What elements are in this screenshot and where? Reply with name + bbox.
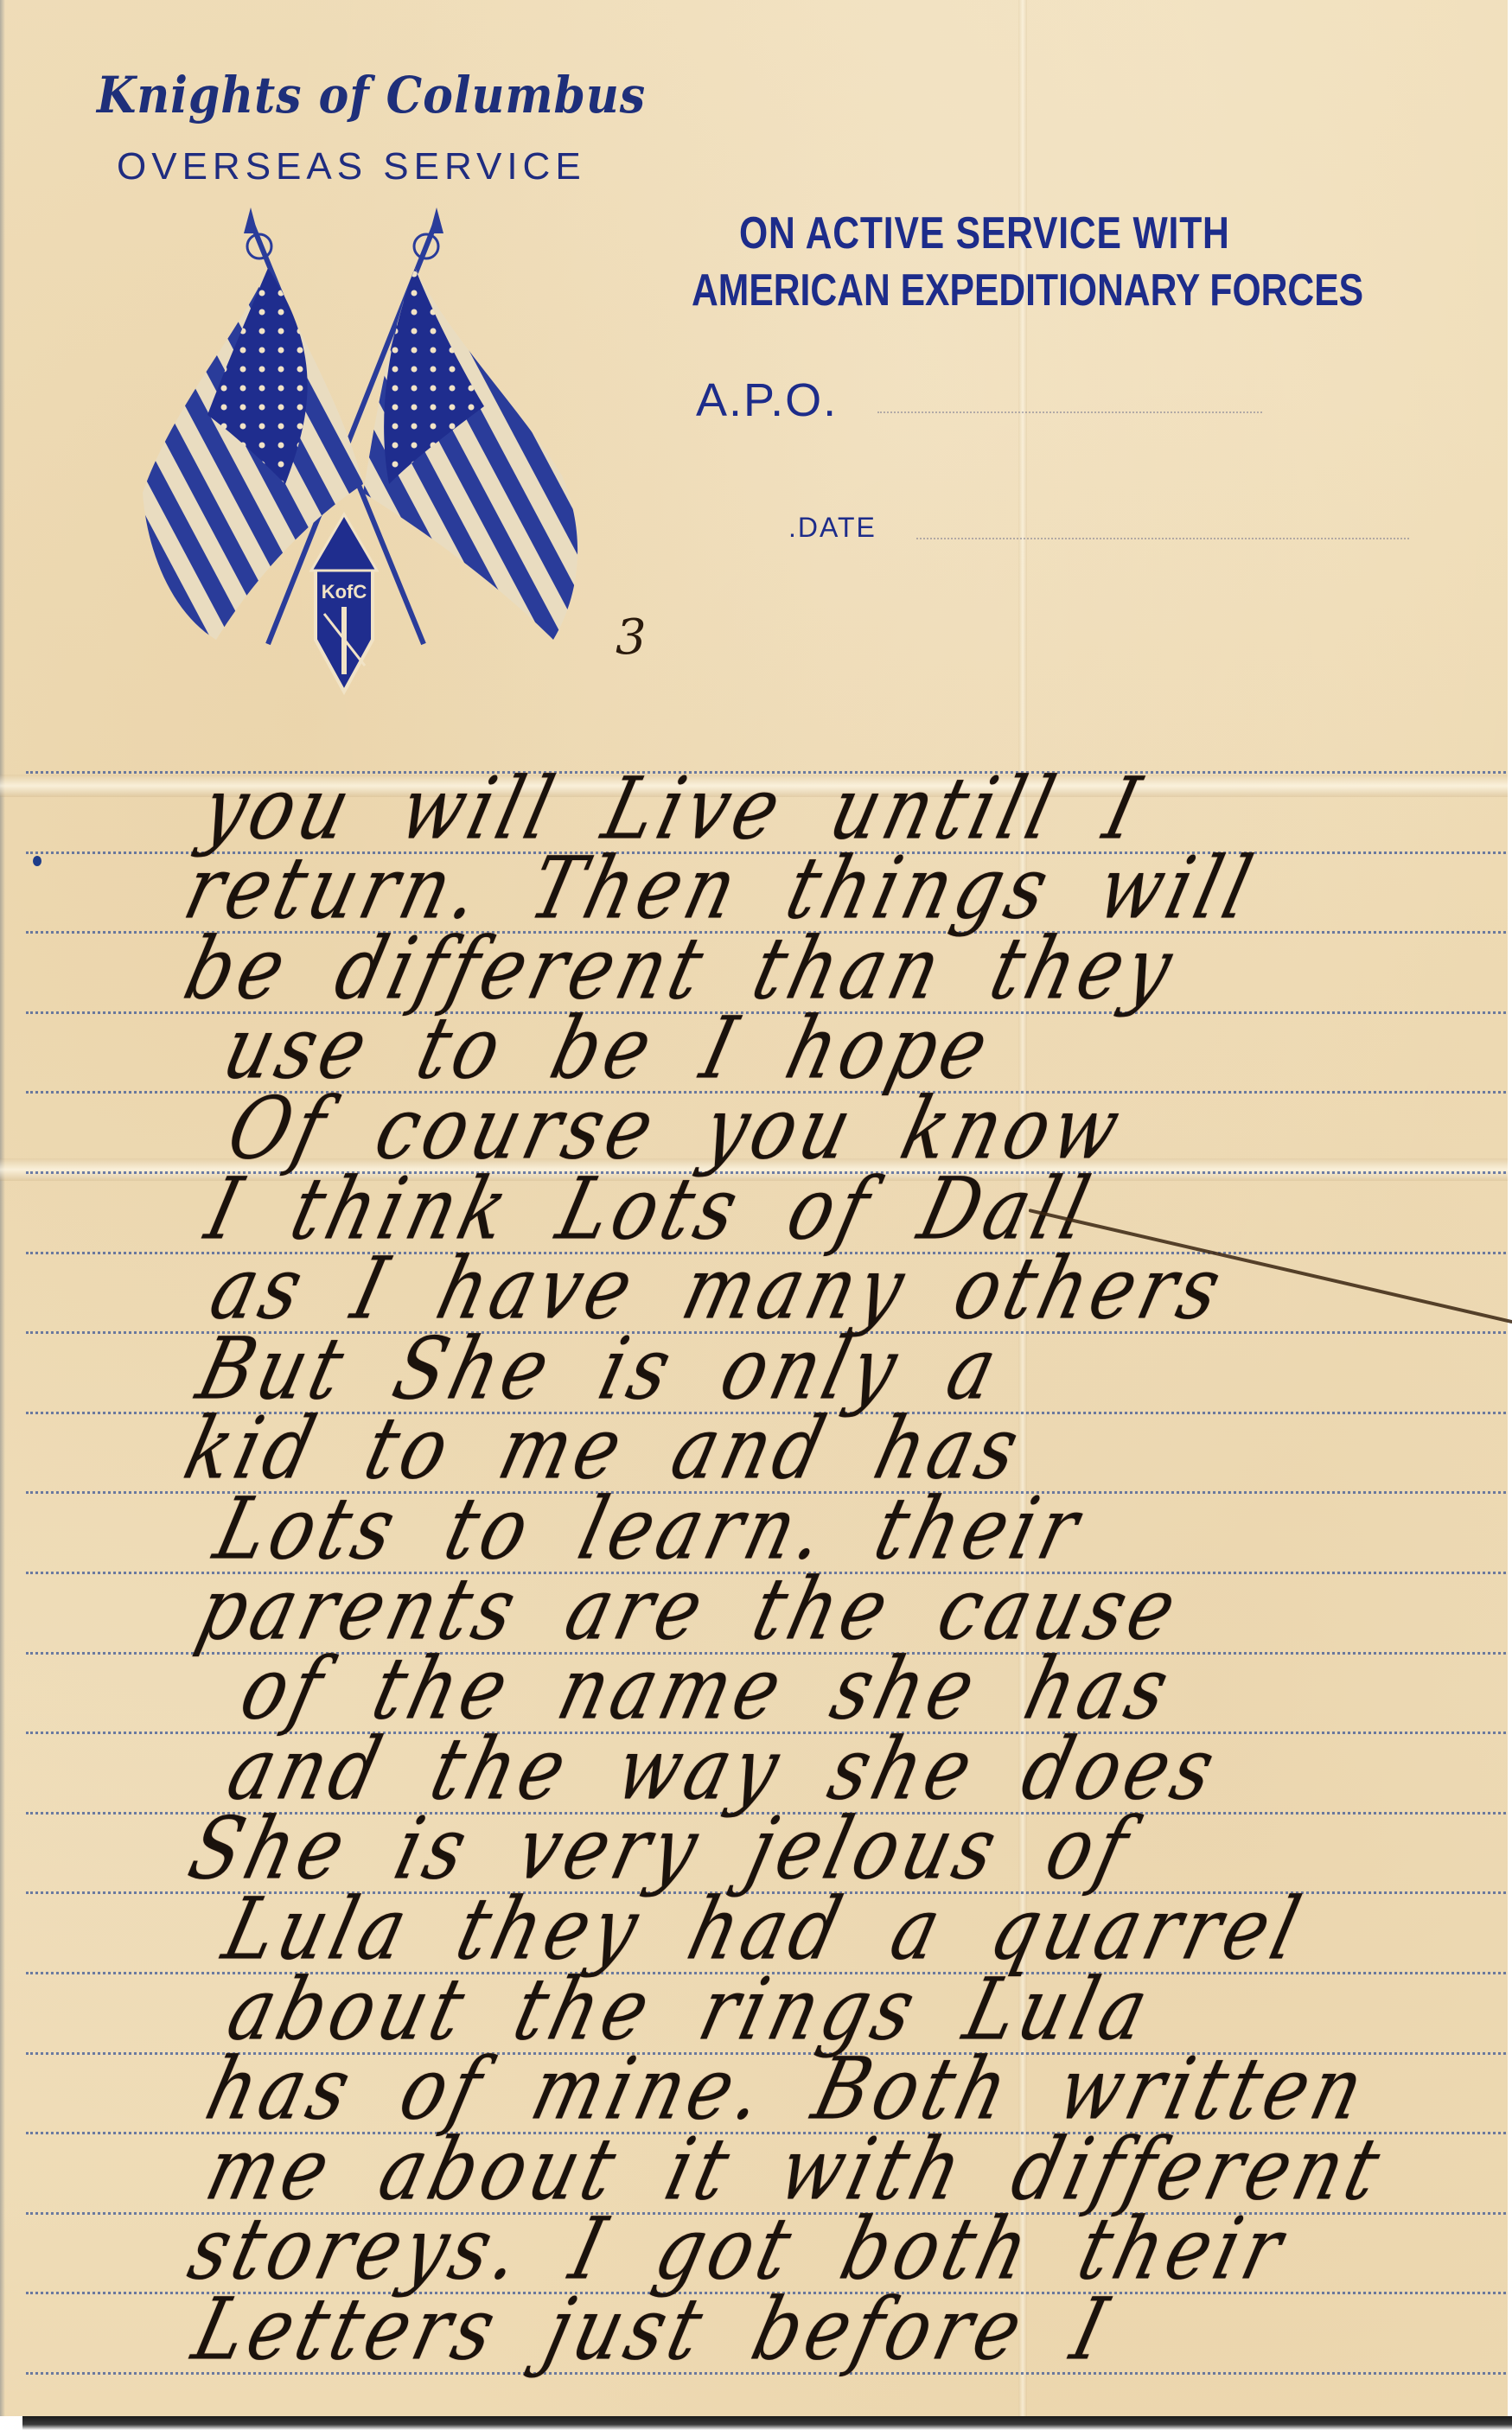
- page-number: 3: [616, 609, 647, 666]
- ink-spot: [33, 856, 41, 866]
- crossed-flags-emblem-icon: KofC: [138, 207, 631, 709]
- service-line-1: ON ACTIVE SERVICE WITH: [739, 207, 1230, 259]
- date-label: .DATE: [788, 512, 877, 544]
- service-line-2: AMERICAN EXPEDITIONARY FORCES: [692, 265, 1363, 316]
- paper-edge: [0, 0, 5, 2416]
- organization-title: Knights of Columbus: [97, 66, 646, 124]
- overseas-service-subtitle: OVERSEAS SERVICE: [117, 145, 586, 188]
- apo-label: A.P.O.: [696, 373, 838, 427]
- apo-field-line: [877, 411, 1262, 413]
- svg-text:KofC: KofC: [322, 581, 367, 603]
- date-field-line: [916, 538, 1409, 539]
- handwritten-line: Letters just before I: [186, 2286, 1120, 2372]
- page-shadow: [22, 2416, 1512, 2430]
